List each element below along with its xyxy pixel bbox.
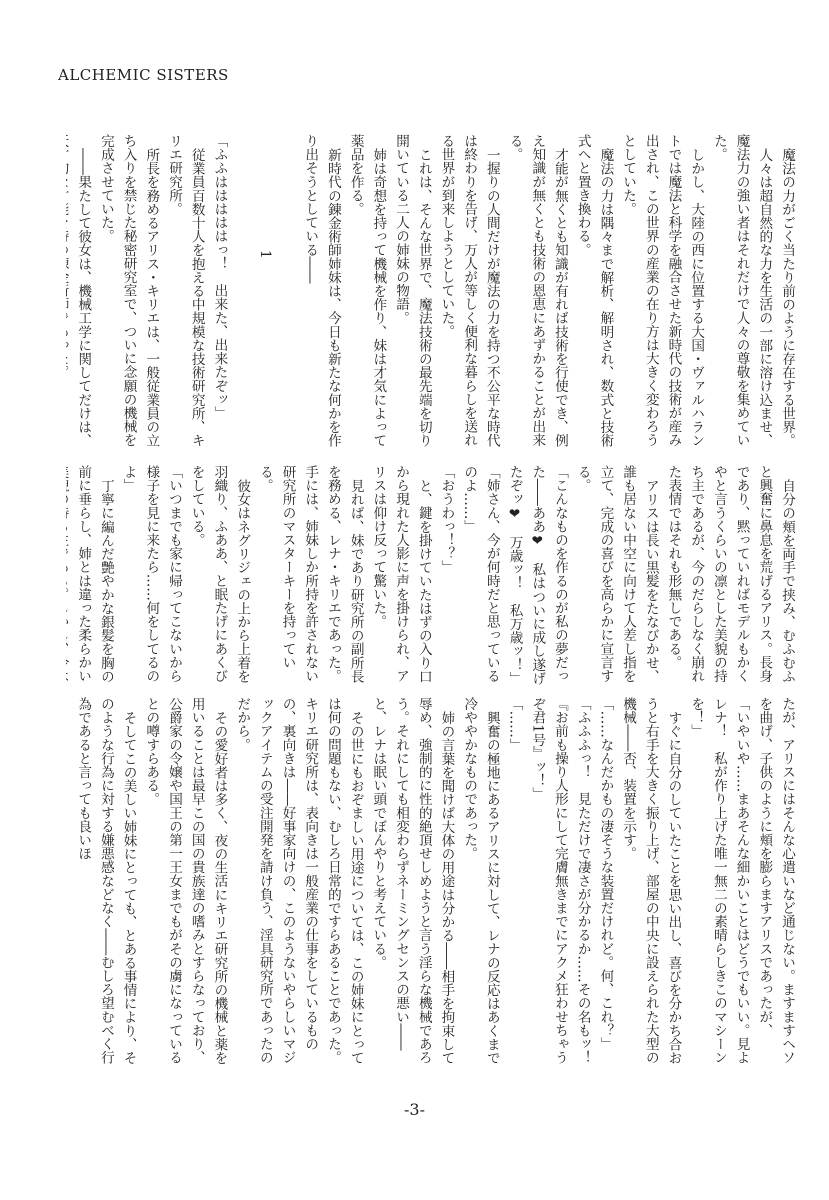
paragraph: 「こんなものを作るのが私の夢だった――ああ❤ 私はついに成し遂げたぞッ❤ 万歳ッ… bbox=[503, 465, 571, 693]
paragraph: そしてこの美しい姉妹にとっても、とある事情により、そのような行為に対する嫌悪感な… bbox=[72, 697, 140, 1069]
paragraph: 人々は超自然的な力を生活の一部に溶け込ませ、魔法力の強い者はそれだけで人々の尊敬… bbox=[707, 134, 775, 452]
paragraph: 新時代の錬金術師姉妹は、今日も新たな何かを作り出そうとしている―― bbox=[299, 134, 344, 452]
paragraph: 姉の言葉を聞けば大体の用途は分かる――相手を拘束して辱め、強制的に性的絶頂せしめ… bbox=[367, 697, 458, 1069]
paragraph: 才能が無くとも知識が有れば技術を行使でき、例え知識が無くとも技術の恩恵にあずかる… bbox=[503, 134, 571, 452]
paragraph: 「……なんだかもの凄そうな装置だけれど。何、これ？」 bbox=[594, 697, 617, 1069]
paragraph: 「姉さん、今が何時だと思っているのよ……」 bbox=[457, 465, 502, 693]
paragraph: 魔法の力は隅々まで解析、解明され、数式と技術式へと置き換わる。 bbox=[571, 134, 616, 452]
chapter-number: 1 bbox=[253, 134, 276, 452]
running-header: ALCHEMIC SISTERS bbox=[58, 66, 229, 84]
paragraph: すぐに自分のしていたことを思い出し、喜びを分かち合おうと右手を大きく振り上げ、部… bbox=[616, 697, 684, 1069]
paragraph: 一握りの人間だけが魔法の力を持つ不公平な時代は終わりを告げ、万人が等しく便利な暮… bbox=[435, 134, 503, 452]
paragraph: と、鍵を掛けていたはずの入り口から現れた人影に声を掛けられ、アリスは仰け反って驚… bbox=[367, 465, 435, 693]
paragraph: これは、そんな世界で、魔法技術の最先端を切り開いている二人の姉妹の物語。 bbox=[389, 134, 434, 452]
paragraph: 従業員百数十人を抱える中規模な技術研究所、キリエ研究所。 bbox=[162, 134, 207, 452]
paragraph: 興奮の極地にあるアリスに対して、レナの反応はあくまで冷ややかなものであった。 bbox=[457, 697, 502, 1069]
paragraph: たが、アリスにはそんな心遣いなど通じない。ますますヘソを曲げ、子供のように頬を膨… bbox=[753, 697, 798, 1069]
paragraph: アリスは長い黒髪をたなびかせ、誰も居ない中空に向けて人差し指を立て、完成の喜びを… bbox=[571, 465, 662, 693]
paragraph bbox=[230, 134, 253, 452]
paragraph: 「おうわっ！？」 bbox=[435, 465, 458, 693]
paragraph: 「……」 bbox=[503, 697, 526, 1069]
paragraph: ――果たして彼女は、機械工学に関してだけは、天才的な才能を持つ錬金術師であった。 bbox=[66, 134, 94, 452]
text-tier-top: 魔法の力がごく当たり前のように存在する世界。人々は超自然的な力を生活の一部に溶け… bbox=[66, 134, 798, 452]
paragraph bbox=[276, 134, 299, 452]
paragraph: しかし、大陸の西に位置する大国・ヴァルハラントでは魔法と科学を融合させた新時代の… bbox=[616, 134, 707, 452]
paragraph: 見れば、妹であり研究所の副所長を務める、レナ・キリエであった。手には、姉妹しか所… bbox=[253, 465, 367, 693]
paragraph: 「ふふふっ！ 見ただけで凄さが分かるか……その名もッ！ 『お前も操り人形にして完… bbox=[526, 697, 594, 1069]
paragraph: 姉は奇想を持って機械を作り、妹は才気によって薬品を作る。 bbox=[344, 134, 389, 452]
paragraph: 魔法の力がごく当たり前のように存在する世界。 bbox=[775, 134, 798, 452]
page-number: -3- bbox=[0, 1100, 829, 1119]
text-tier-middle: 自分の頬を両手で挟み、むふむふと興奮に鼻息を荒げるアリス。長身であり、黙っていれ… bbox=[66, 465, 798, 693]
text-tier-bottom: たが、アリスにはそんな心遣いなど通じない。ますますヘソを曲げ、子供のように頬を膨… bbox=[66, 697, 798, 1069]
paragraph: その愛好者は多く、夜の生活にキリエ研究所の機械と薬を用いることは最早この国の貴族… bbox=[140, 697, 231, 1069]
paragraph: 丁寧に編んだ艶やかな銀髪を胸の前に垂らし、姉とは違った柔らかい美貌の持ち主である… bbox=[66, 465, 117, 693]
paragraph: 「ふふはははははっ！ 出来た、出来たぞッ」 bbox=[208, 134, 231, 452]
paragraph: 彼女はネグリジェの上から上着を羽織り、ふああ、と眠たげにあくびをしている。 bbox=[185, 465, 253, 693]
paragraph: 自分の頬を両手で挟み、むふむふと興奮に鼻息を荒げるアリス。長身であり、黙っていれ… bbox=[662, 465, 798, 693]
paragraph: 「いやいや……まあそんな細かいことはどうでもいい。見よレナ！ 私が作り上げた唯一… bbox=[684, 697, 752, 1069]
paragraph: その世にもおぞましい用途については、この姉妹にとっては何の問題もない、むしろ日常… bbox=[230, 697, 366, 1069]
paragraph: 「いつまでも家に帰ってこないから様子を見に来たら……何をしてるのよ」 bbox=[117, 465, 185, 693]
paragraph: 所長を務めるアリス・キリエは、一般従業員の立ち入りを禁じた秘密研究室で、ついに念… bbox=[94, 134, 162, 452]
